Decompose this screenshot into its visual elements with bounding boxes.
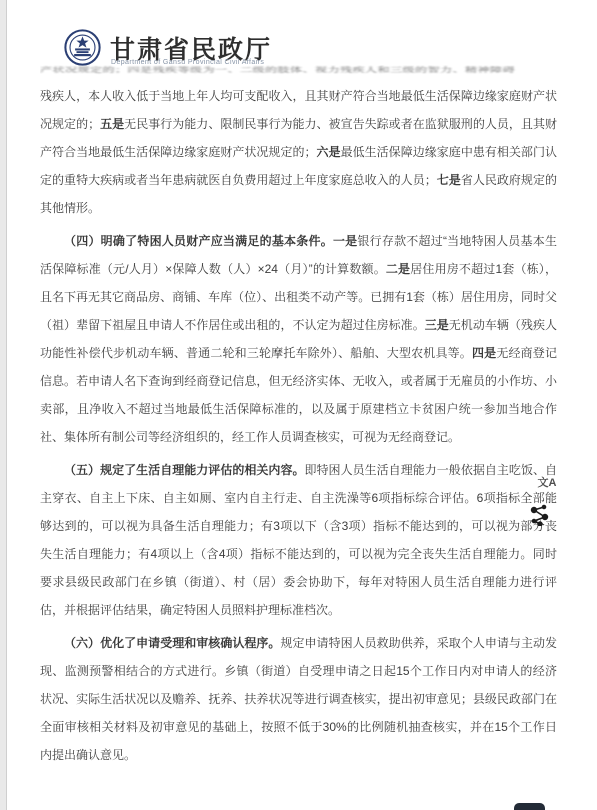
translate-icon[interactable]: 文A <box>536 474 558 494</box>
text-run: （四）明确了特困人员财产应当满足的基本条件。 <box>64 234 333 248</box>
paragraph-item-6: （六）优化了申请受理和审核确认程序。规定申请特困人员救助供养，采取个人申请与主动… <box>40 629 557 769</box>
text-run: 无经商登记信息。若申请人名下查询到经商登记信息，但无经济实体、无收入，或者属于无… <box>40 346 557 444</box>
text-run: 七是 <box>437 173 461 187</box>
clipped-text-line: 产状况规定的；四是残疾等级为一、二级的肢体、视力残疾人和三级的智力、精神障碍 <box>40 65 557 78</box>
text-run: 规定申请特困人员救助供养，采取个人申请与主动发现、监测预警相结合的方式进行。乡镇… <box>40 636 557 762</box>
node-graph-icon[interactable] <box>529 504 551 526</box>
text-run: 四是 <box>472 346 496 360</box>
text-run: 六是 <box>317 145 341 159</box>
document-body: 残疾人，本人收入低于当地上年人均可支配收入，且其财产符合当地最低生活保障边缘家庭… <box>40 82 557 774</box>
document-page: 甘肃省民政厅 Department of Gansu Provincial Ci… <box>0 0 597 810</box>
translate-icon-label: 文A <box>538 477 557 489</box>
agency-header: 甘肃省民政厅 Department of Gansu Provincial Ci… <box>0 0 597 64</box>
text-run: 五是 <box>100 117 124 131</box>
text-run: 二是 <box>386 262 410 276</box>
paragraph-item-5: （五）规定了生活自理能力评估的相关内容。即特困人员生活自理能力一般依据自主吃饭、… <box>40 456 557 624</box>
text-run: 三是 <box>425 318 449 332</box>
national-emblem-icon <box>64 29 101 66</box>
text-run: 即特困人员生活自理能力一般依据自主吃饭、自主穿衣、自主上下床、自主如厕、室内自主… <box>40 463 557 617</box>
clipped-text: 产状况规定的；四是残疾等级为一、二级的肢体、视力残疾人和三级的智力、精神障碍 <box>40 65 557 74</box>
text-run: （五）规定了生活自理能力评估的相关内容。 <box>64 463 305 477</box>
page-left-edge <box>0 0 7 810</box>
text-run: 一是 <box>333 234 357 248</box>
back-to-top-button[interactable] <box>514 803 545 810</box>
paragraph-item-4: （四）明确了特困人员财产应当满足的基本条件。一是银行存款不超过“当地特困人员基本… <box>40 227 557 451</box>
text-run: （六）优化了申请受理和审核确认程序。 <box>64 636 280 650</box>
paragraph-continuation: 残疾人，本人收入低于当地上年人均可支配收入，且其财产符合当地最低生活保障边缘家庭… <box>40 82 557 222</box>
